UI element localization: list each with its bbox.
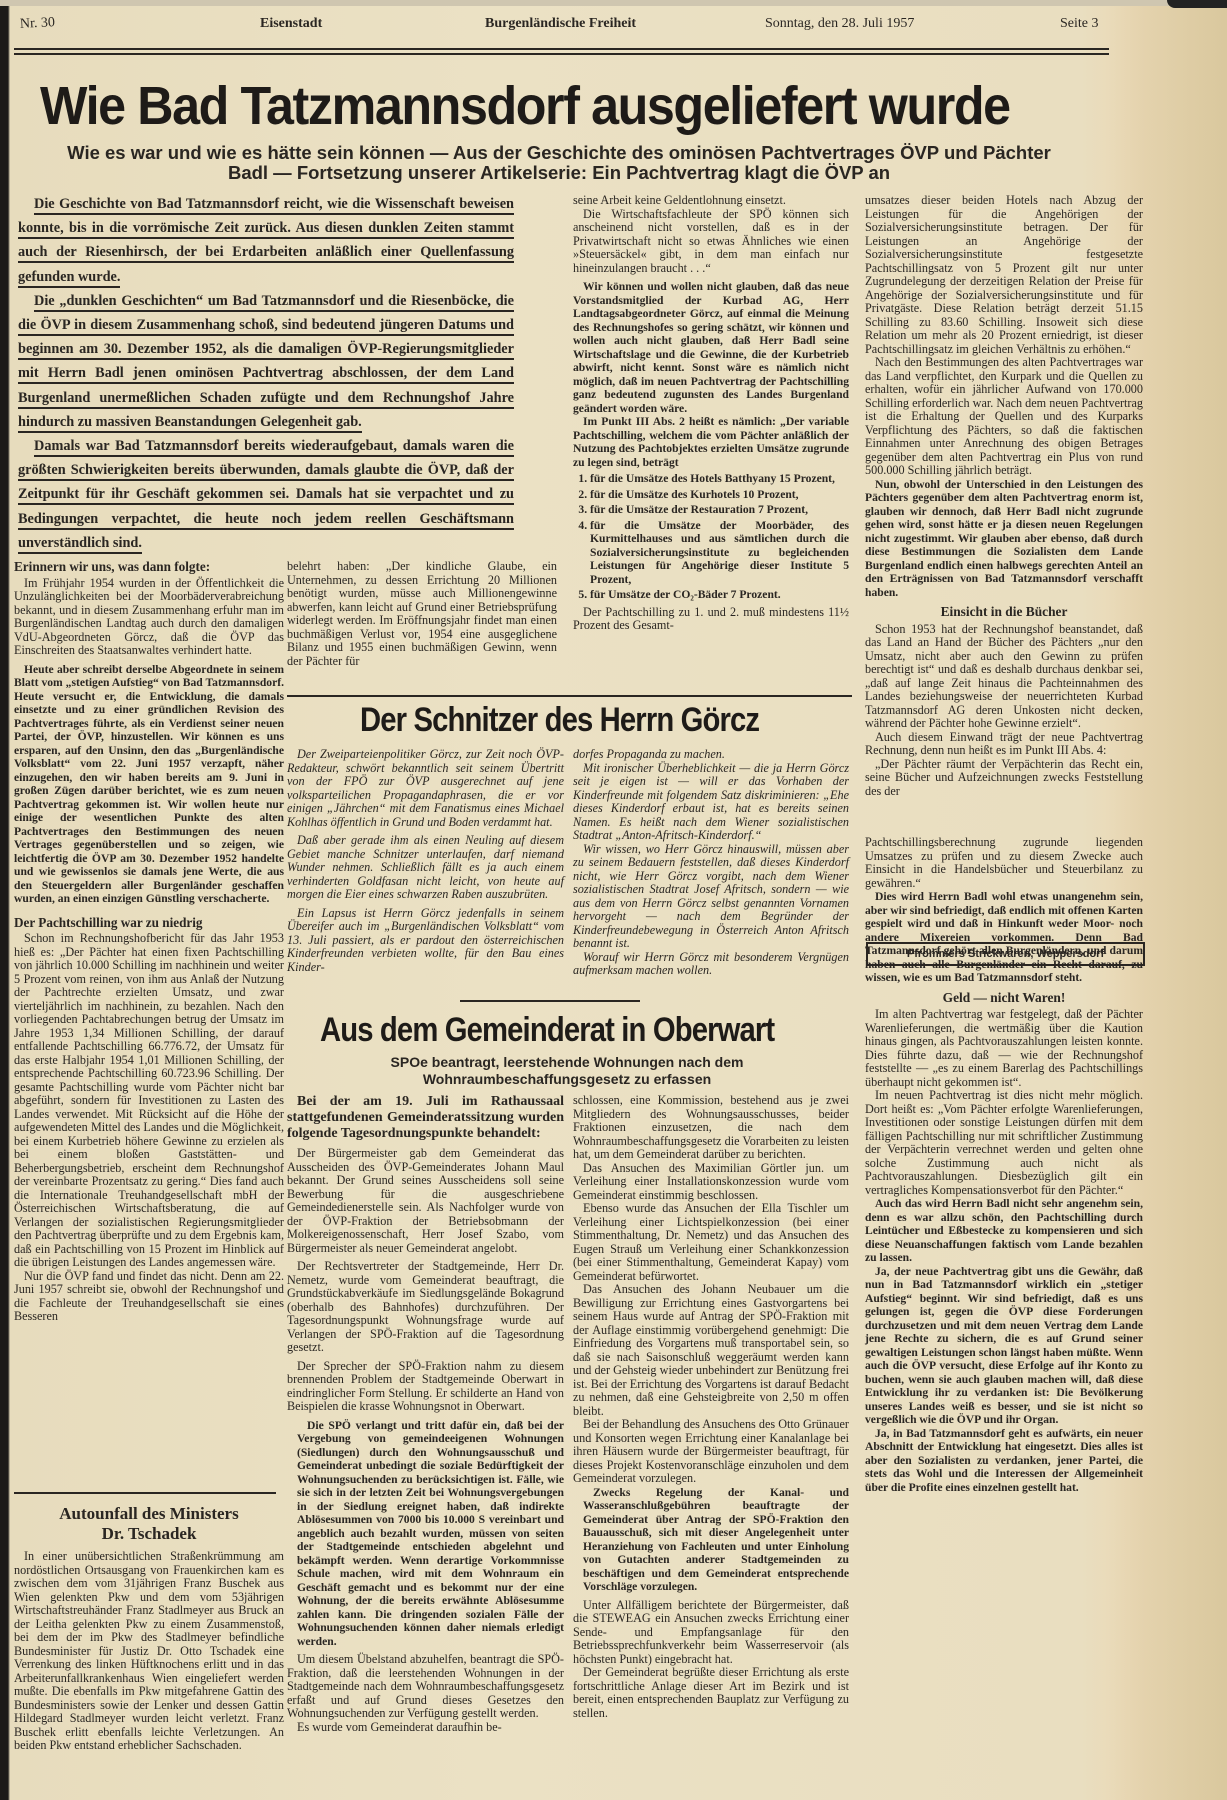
advert-box: Pfrommers Strickwaren, Weppersdorf bbox=[866, 942, 1145, 966]
paragraph-bold: Wir können und wollen nicht glauben, daß… bbox=[573, 280, 849, 415]
paragraph: Im neuen Pachtvertrag ist dies nicht meh… bbox=[865, 1089, 1143, 1197]
paragraph-bold: Dies wird Herrn Badl wohl etwas unangene… bbox=[865, 890, 1143, 985]
schnitzer-headline: Der Schnitzer des Herrn Görcz bbox=[360, 700, 759, 740]
paragraph: Im Frühjahr 1954 wurden in der Öffentlic… bbox=[14, 577, 284, 658]
paragraph: Nach den Bestimmungen des alten Pachtver… bbox=[865, 356, 1143, 478]
masthead: Nr. 30 Eisenstadt Burgenländische Freihe… bbox=[20, 10, 1105, 38]
lead-headline: Wie Bad Tatzmannsdorf ausgeliefert wurde bbox=[40, 76, 1010, 136]
advert-spacer bbox=[865, 798, 1143, 836]
intro-paragraph: Die „dunklen Geschichten“ um Bad Tatzman… bbox=[18, 293, 514, 433]
column-separator bbox=[14, 1492, 276, 1494]
paragraph: Schon 1953 hat der Rechnungshof beanstan… bbox=[865, 623, 1143, 731]
intro-paragraph: Die Geschichte von Bad Tatzmannsdorf rei… bbox=[18, 196, 514, 288]
paragraph: Das Ansuchen des Maximilian Görtler jun.… bbox=[573, 1162, 849, 1203]
lead-paragraph: Bei der am 19. Juli im Rathaussaal statt… bbox=[287, 1094, 564, 1142]
tschadek-headline: Dr. Tschadek bbox=[14, 1524, 284, 1544]
intro-paragraph: Damals war Bad Tatzmannsdorf bereits wie… bbox=[18, 438, 514, 554]
paragraph-bold: Nun, obwohl der Unterschied in den Leist… bbox=[865, 478, 1143, 600]
paragraph-bold: Heute aber schreibt derselbe Abgeordnete… bbox=[14, 663, 284, 906]
masthead-rule bbox=[14, 53, 1109, 55]
paragraph-bold: Die SPÖ verlangt und tritt dafür ein, da… bbox=[287, 1419, 564, 1649]
schnitzer-left-column: Der Zweiparteienpolitiker Görcz, zur Zei… bbox=[287, 748, 564, 974]
list-item: für die Umsätze der Moorbäder, des Kurmi… bbox=[590, 519, 849, 587]
paragraph: Die Wirtschaftsfachleute der SPÖ können … bbox=[573, 208, 849, 276]
paragraph-bold: Ja, in Bad Tatzmannsdorf geht es aufwärt… bbox=[865, 1427, 1143, 1495]
scan-top-border bbox=[0, 0, 1227, 6]
lead-column-3: seine Arbeit keine Geldentlohnung einset… bbox=[573, 194, 849, 633]
paragraph: seine Arbeit keine Geldentlohnung einset… bbox=[573, 194, 849, 208]
paragraph-bold: Im Punkt III Abs. 2 heißt es nämlich: „D… bbox=[573, 415, 849, 469]
lead-column-4: umsatzes dieser beiden Hotels nach Abzug… bbox=[865, 194, 1143, 1494]
page-number: Seite 3 bbox=[1060, 16, 1099, 32]
oberwart-subhead: SPOe beantragt, leerstehende Wohnungen n… bbox=[287, 1054, 847, 1088]
tschadek-headline: Autounfall des Ministers bbox=[14, 1504, 284, 1524]
masthead-rule bbox=[14, 48, 1109, 50]
oberwart-headline: Aus dem Gemeinderat in Oberwart bbox=[320, 1010, 774, 1050]
scan-corner bbox=[1167, 0, 1227, 8]
paragraph: Schon im Rechnungshofbericht für das Jah… bbox=[14, 932, 284, 1270]
paragraph: Der Gemeinderat begrüßte dieser Errichtu… bbox=[573, 1666, 849, 1720]
schnitzer-right-column: dorfes Propaganda zu machen. Mit ironisc… bbox=[573, 748, 849, 978]
paragraph: Ebenso wurde das Ansuchen der Ella Tisch… bbox=[573, 1202, 849, 1283]
paragraph: umsatzes dieser beiden Hotels nach Abzug… bbox=[865, 194, 1143, 356]
paragraph: schlossen, eine Kommission, bestehend au… bbox=[573, 1094, 849, 1162]
list-item: für Umsätze der CO₂-Bäder 7 Prozent. bbox=[590, 588, 849, 602]
lead-subhead: Wie es war und wie es hätte sein können … bbox=[14, 143, 1104, 163]
paper-name: Burgenländische Freiheit bbox=[485, 16, 636, 32]
lead-subhead: Badl — Fortsetzung unserer Artikelserie:… bbox=[14, 163, 1104, 183]
lead-column-2: belehrt haben: „Der kindliche Glaube, ei… bbox=[287, 560, 557, 668]
paragraph: Mit ironischer Überheblichkeit — die ja … bbox=[573, 762, 849, 843]
paragraph: belehrt haben: „Der kindliche Glaube, ei… bbox=[287, 560, 557, 668]
paragraph: Ein Lapsus ist Herrn Görcz jedenfalls in… bbox=[287, 907, 564, 975]
section-heading: Erinnern wir uns, was dann folgte: bbox=[14, 560, 284, 574]
tariff-list: für die Umsätze des Hotels Batthyany 15 … bbox=[573, 472, 849, 602]
paragraph: Es wurde vom Gemeinderat daraufhin be- bbox=[287, 1721, 564, 1735]
paragraph: Das Ansuchen des Johann Neubauer um die … bbox=[573, 1283, 849, 1418]
oberwart-left-column: Bei der am 19. Juli im Rathaussaal statt… bbox=[287, 1094, 564, 1734]
paragraph: Im alten Pachtvertrag war festgelegt, da… bbox=[865, 1008, 1143, 1089]
paragraph: Der Bürgermeister gab dem Gemeinderat da… bbox=[287, 1147, 564, 1255]
list-item: für die Umsätze des Kurhotels 10 Prozent… bbox=[590, 488, 849, 502]
paragraph: Daß aber gerade ihm als einen Neuling au… bbox=[287, 834, 564, 902]
place: Eisenstadt bbox=[260, 16, 322, 32]
list-item: für die Umsätze des Hotels Batthyany 15 … bbox=[590, 472, 849, 486]
paragraph: Pachtschillingsberechnung zugrunde liege… bbox=[865, 836, 1143, 890]
issue-number: Nr. 30 bbox=[20, 15, 56, 33]
paragraph: Der Rechtsvertreter der Stadtgemeinde, H… bbox=[287, 1260, 564, 1355]
paragraph: Der Zweiparteienpolitiker Görcz, zur Zei… bbox=[287, 748, 564, 829]
paragraph: „Der Pächter räumt der Verpächterin das … bbox=[865, 758, 1143, 799]
lead-column-1: Erinnern wir uns, was dann folgte: Im Fr… bbox=[14, 560, 284, 1324]
oberwart-right-column: schlossen, eine Kommission, bestehend au… bbox=[573, 1094, 849, 1720]
paragraph: Worauf wir Herrn Görcz mit besonderem Ve… bbox=[573, 951, 849, 978]
list-item: für die Umsätze der Restauration 7 Proze… bbox=[590, 503, 849, 517]
paragraph: Nur die ÖVP fand und findet das nicht. D… bbox=[14, 1270, 284, 1324]
paragraph: Auch diesem Einwand trägt der neue Pacht… bbox=[865, 731, 1143, 758]
paragraph-bold: Zwecks Regelung der Kanal- und Wasserans… bbox=[573, 1486, 849, 1594]
paragraph: Bei der Behandlung des Ansuchens des Ott… bbox=[573, 1418, 849, 1486]
paragraph: Der Pachtschilling zu 1. und 2. muß mind… bbox=[573, 606, 849, 633]
tschadek-article: Autounfall des Ministers Dr. Tschadek In… bbox=[14, 1504, 284, 1753]
paragraph: Unter Allfälligem berichtete der Bürgerm… bbox=[573, 1599, 849, 1667]
paragraph-bold: Ja, der neue Pachtvertrag gibt uns die G… bbox=[865, 1265, 1143, 1427]
paragraph: Wir wissen, wo Herr Görcz hinauswill, mü… bbox=[573, 843, 849, 951]
article-separator bbox=[287, 695, 852, 697]
paragraph: dorfes Propaganda zu machen. bbox=[573, 748, 849, 762]
paragraph: In einer unübersichtlichen Straßenkrümmu… bbox=[14, 1550, 284, 1753]
lead-intro: Die Geschichte von Bad Tatzmannsdorf rei… bbox=[18, 192, 514, 555]
section-heading: Geld — nicht Waren! bbox=[865, 991, 1143, 1005]
paragraph: Um diesem Übelstand abzuhelfen, beantrag… bbox=[287, 1653, 564, 1721]
issue-date: Sonntag, den 28. Juli 1957 bbox=[765, 16, 914, 32]
paragraph-bold: Auch das wird Herrn Badl nicht sehr ange… bbox=[865, 1197, 1143, 1265]
newspaper-page: Nr. 30 Eisenstadt Burgenländische Freihe… bbox=[0, 0, 1227, 1800]
article-separator bbox=[460, 1000, 640, 1002]
section-heading: Einsicht in die Bücher bbox=[865, 605, 1143, 619]
paragraph: Der Sprecher der SPÖ-Fraktion nahm zu di… bbox=[287, 1360, 564, 1414]
section-heading: Der Pachtschilling war zu niedrig bbox=[14, 916, 284, 930]
